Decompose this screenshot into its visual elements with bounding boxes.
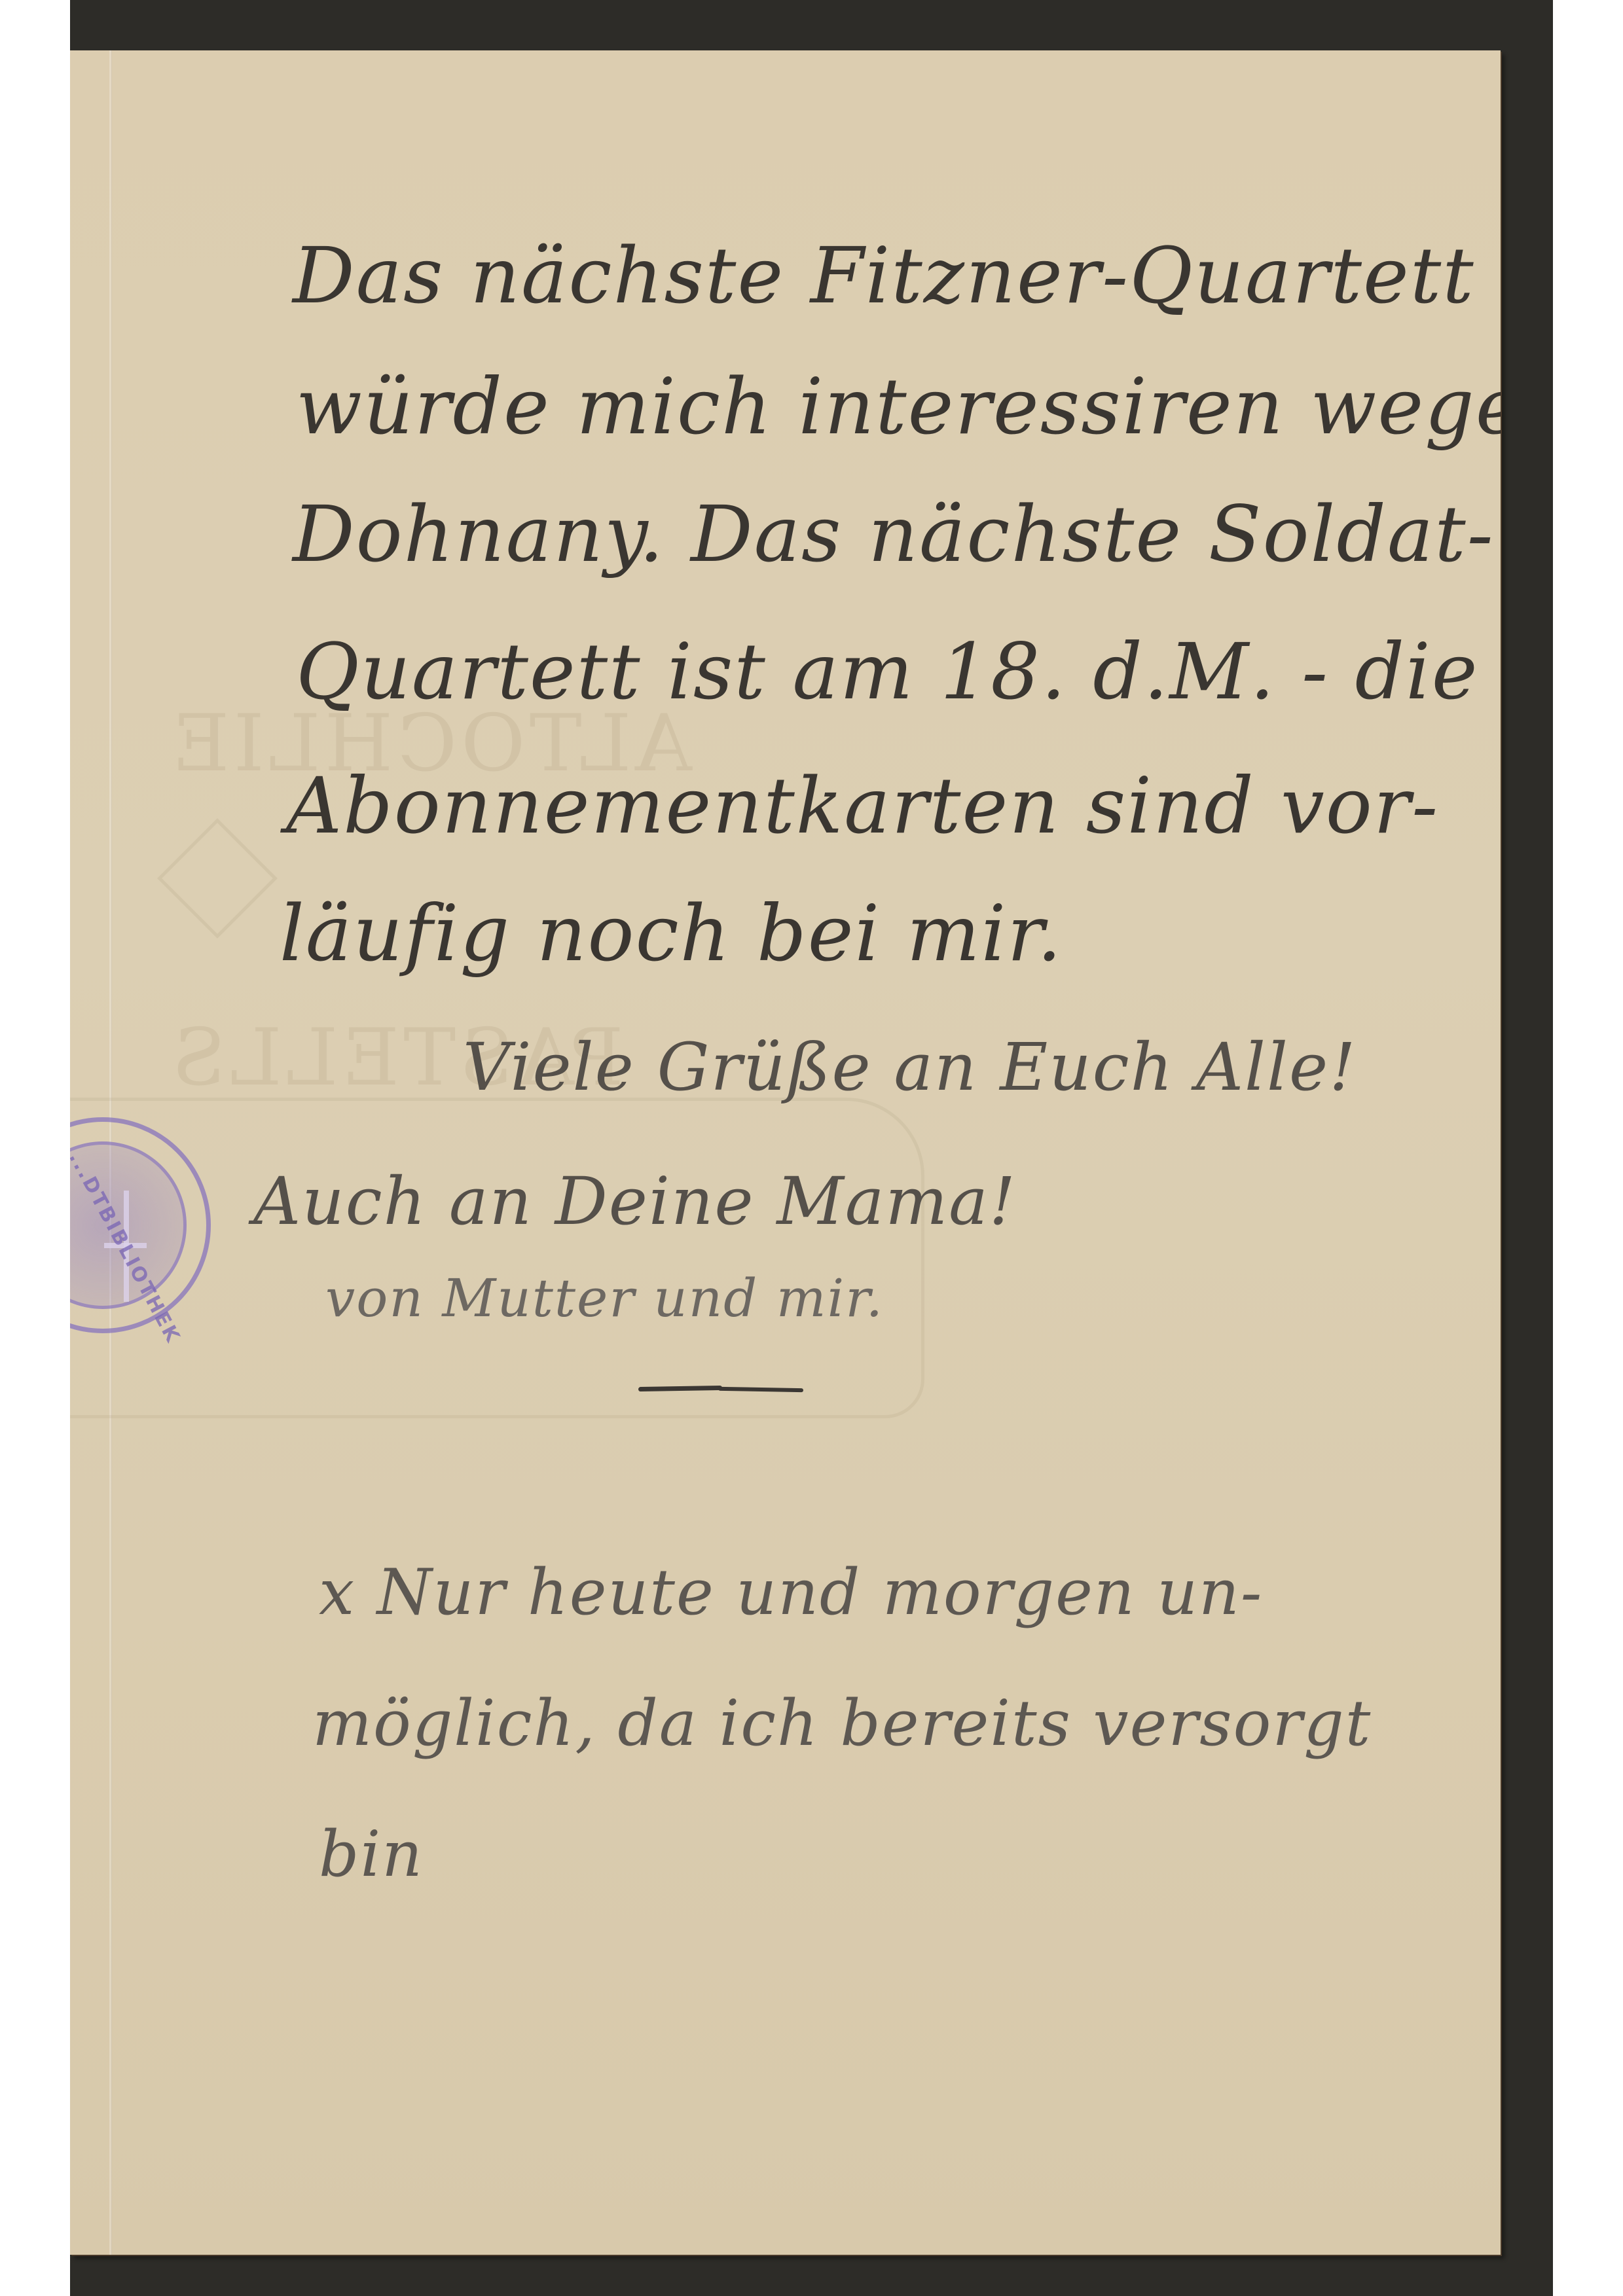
letter-line-6: läufig noch bei mir. <box>280 888 1063 978</box>
letter-greeting: Viele Grüße an Euch Alle! <box>463 1029 1357 1105</box>
footnote-line-1: x Nur heute und morgen un- <box>319 1556 1263 1629</box>
letter-line-5: Abonnementkarten sind vor- <box>286 761 1439 851</box>
letter-signoff: von Mutter und mir. <box>325 1268 884 1329</box>
letter-line-2: würde mich interessiren wegen <box>296 361 1501 452</box>
letter-greeting-mama: Auch an Deine Mama! <box>253 1163 1017 1240</box>
footnote-line-3: bin <box>319 1818 424 1891</box>
embossed-diamond-ornament <box>157 818 278 939</box>
footnote-line-2: möglich, da ich bereits versorgt <box>312 1687 1372 1760</box>
letter-page: ALTOCHLIE PASTELLS ...DTBIBLIOTHEK Das n… <box>70 50 1501 2255</box>
letter-line-1: Das nächste Fitzner-Quartett <box>293 230 1475 321</box>
letter-line-3: Dohnany. Das nächste Soldat- <box>293 489 1495 579</box>
letter-line-4: Quartett ist am 18. d.M. - die <box>296 626 1479 717</box>
